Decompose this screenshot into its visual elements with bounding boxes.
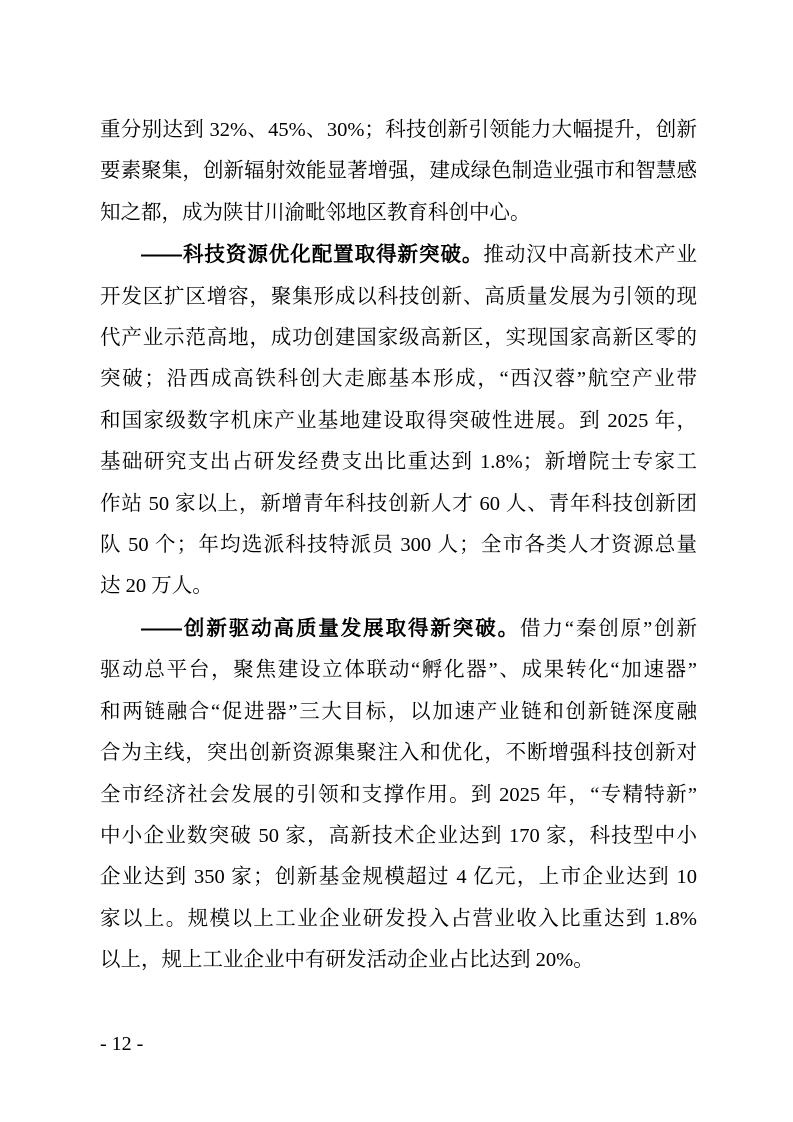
paragraph-tech-resources-breakthrough: ——科技资源优化配置取得新突破。推动汉中高新技术产业开发区扩区增容，聚集形成以科…	[100, 234, 697, 608]
body-text: 要素聚集，创新辐射效能显著增强，建成绿色制造业强市和智慧感	[100, 160, 697, 182]
body-text: 合为主线，突出创新资源集聚注入和优化，不断增强科技创新对	[100, 742, 697, 764]
body-text: 企业达到 350 家；创新基金规模超过 4 亿元，上市企业达到 10	[100, 866, 697, 888]
page-number: - 12 -	[100, 1030, 143, 1058]
body-text: 作站 50 家以上，新增青年科技创新人才 60 人、青年科技创新团	[100, 493, 697, 515]
body-text: 代产业示范高地，成功创建国家级高新区，实现国家高新区零的	[100, 327, 697, 349]
body-text: 借力“秦创原”创新	[520, 618, 697, 640]
body-text: 达 20 万人。	[100, 575, 213, 597]
document-body: 重分别达到 32%、45%、30%；科技创新引领能力大幅提升，创新要素聚集，创新…	[100, 110, 697, 982]
text-line: ——科技资源优化配置取得新突破。推动汉中高新技术产业	[100, 234, 697, 276]
text-line: 代产业示范高地，成功创建国家级高新区，实现国家高新区零的	[100, 318, 697, 359]
document-page: 重分别达到 32%、45%、30%；科技创新引领能力大幅提升，创新要素聚集，创新…	[0, 0, 793, 1122]
text-line: ——创新驱动高质量发展取得新突破。借力“秦创原”创新	[100, 608, 697, 650]
text-line: 和国家级数字机床产业基地建设取得突破性进展。到 2025 年，	[100, 401, 697, 442]
paragraph-overview-continuation: 重分别达到 32%、45%、30%；科技创新引领能力大幅提升，创新要素聚集，创新…	[100, 110, 697, 234]
text-line: 开发区扩区增容，聚集形成以科技创新、高质量发展为引领的现	[100, 277, 697, 318]
text-line: 全市经济社会发展的引领和支撑作用。到 2025 年，“专精特新”	[100, 775, 697, 816]
section-heading-text: ——科技资源优化配置取得新突破。	[141, 243, 483, 266]
body-text: 和国家级数字机床产业基地建设取得突破性进展。到 2025 年，	[100, 410, 697, 432]
text-line: 队 50 个；年均选派科技特派员 300 人；全市各类人才资源总量	[100, 525, 697, 566]
text-line: 知之都，成为陕甘川渝毗邻地区教育科创中心。	[100, 193, 697, 234]
body-text: 开发区扩区增容，聚集形成以科技创新、高质量发展为引领的现	[100, 286, 697, 308]
text-line: 要素聚集，创新辐射效能显著增强，建成绿色制造业强市和智慧感	[100, 151, 697, 192]
text-line: 企业达到 350 家；创新基金规模超过 4 亿元，上市企业达到 10	[100, 857, 697, 898]
text-line: 家以上。规模以上工业企业研发投入占营业收入比重达到 1.8%	[100, 899, 697, 940]
text-line: 驱动总平台，聚焦建设立体联动“孵化器”、成果转化“加速器”	[100, 650, 697, 691]
text-line: 达 20 万人。	[100, 566, 697, 607]
text-line: 和两链融合“促进器”三大目标，以加速产业链和创新链深度融	[100, 692, 697, 733]
body-text: 推动汉中高新技术产业	[483, 244, 697, 266]
text-line: 突破；沿西成高铁科创大走廊基本形成，“西汉蓉”航空产业带	[100, 359, 697, 400]
body-text: 和两链融合“促进器”三大目标，以加速产业链和创新链深度融	[100, 701, 697, 723]
body-text: 驱动总平台，聚焦建设立体联动“孵化器”、成果转化“加速器”	[100, 659, 697, 681]
text-line: 以上，规上工业企业中有研发活动企业占比达到 20%。	[100, 940, 697, 981]
text-line: 作站 50 家以上，新增青年科技创新人才 60 人、青年科技创新团	[100, 484, 697, 525]
body-text: 以上，规上工业企业中有研发活动企业占比达到 20%。	[100, 949, 594, 971]
text-line: 合为主线，突出创新资源集聚注入和优化，不断增强科技创新对	[100, 733, 697, 774]
section-heading-text: ——创新驱动高质量发展取得新突破。	[141, 617, 520, 640]
paragraph-innovation-driven-breakthrough: ——创新驱动高质量发展取得新突破。借力“秦创原”创新驱动总平台，聚焦建设立体联动…	[100, 608, 697, 982]
body-text: 全市经济社会发展的引领和支撑作用。到 2025 年，“专精特新”	[100, 784, 697, 806]
body-text: 中小企业数突破 50 家，高新技术企业达到 170 家，科技型中小	[100, 825, 697, 847]
text-line: 基础研究支出占研发经费支出比重达到 1.8%；新增院士专家工	[100, 442, 697, 483]
body-text: 基础研究支出占研发经费支出比重达到 1.8%；新增院士专家工	[100, 451, 697, 473]
body-text: 家以上。规模以上工业企业研发投入占营业收入比重达到 1.8%	[100, 908, 697, 930]
text-line: 中小企业数突破 50 家，高新技术企业达到 170 家，科技型中小	[100, 816, 697, 857]
body-text: 突破；沿西成高铁科创大走廊基本形成，“西汉蓉”航空产业带	[100, 368, 697, 390]
text-line: 重分别达到 32%、45%、30%；科技创新引领能力大幅提升，创新	[100, 110, 697, 151]
body-text: 队 50 个；年均选派科技特派员 300 人；全市各类人才资源总量	[100, 534, 697, 556]
body-text: 重分别达到 32%、45%、30%；科技创新引领能力大幅提升，创新	[100, 119, 697, 141]
body-text: 知之都，成为陕甘川渝毗邻地区教育科创中心。	[100, 202, 531, 224]
